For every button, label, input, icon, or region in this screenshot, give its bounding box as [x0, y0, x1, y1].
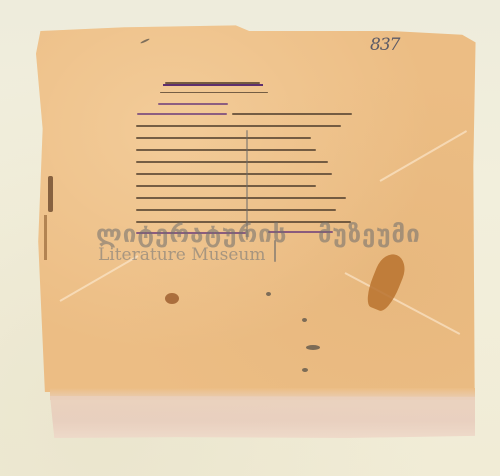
edge-ink-mark	[44, 215, 47, 260]
handwriting-line	[136, 161, 328, 163]
handwriting-line	[136, 173, 332, 175]
manuscript-sheet	[36, 16, 480, 392]
handwriting-line	[136, 125, 341, 127]
heading-strikethrough	[163, 84, 263, 86]
page-number: 837	[370, 35, 399, 55]
handwriting-line	[136, 137, 311, 139]
ink-speck	[306, 345, 320, 350]
repair-tape	[50, 396, 475, 438]
handwriting-line	[158, 103, 228, 105]
handwriting-line	[232, 113, 352, 115]
handwriting-line-struck	[137, 113, 227, 115]
handwriting-line	[136, 197, 346, 199]
heading-underline	[160, 92, 268, 93]
ink-spot	[165, 293, 179, 304]
ink-speck	[302, 318, 307, 322]
watermark-georgian-left: ლიტერატურის	[96, 220, 287, 248]
ink-speck	[302, 368, 308, 372]
handwriting-line	[136, 185, 316, 187]
handwriting-line	[136, 209, 336, 211]
edge-ink-mark	[48, 176, 53, 212]
watermark-georgian-right: მუზეუმი	[318, 220, 421, 248]
watermark-english: Literature Museum	[98, 245, 265, 265]
ink-speck	[266, 292, 271, 296]
handwriting-line	[136, 149, 316, 151]
